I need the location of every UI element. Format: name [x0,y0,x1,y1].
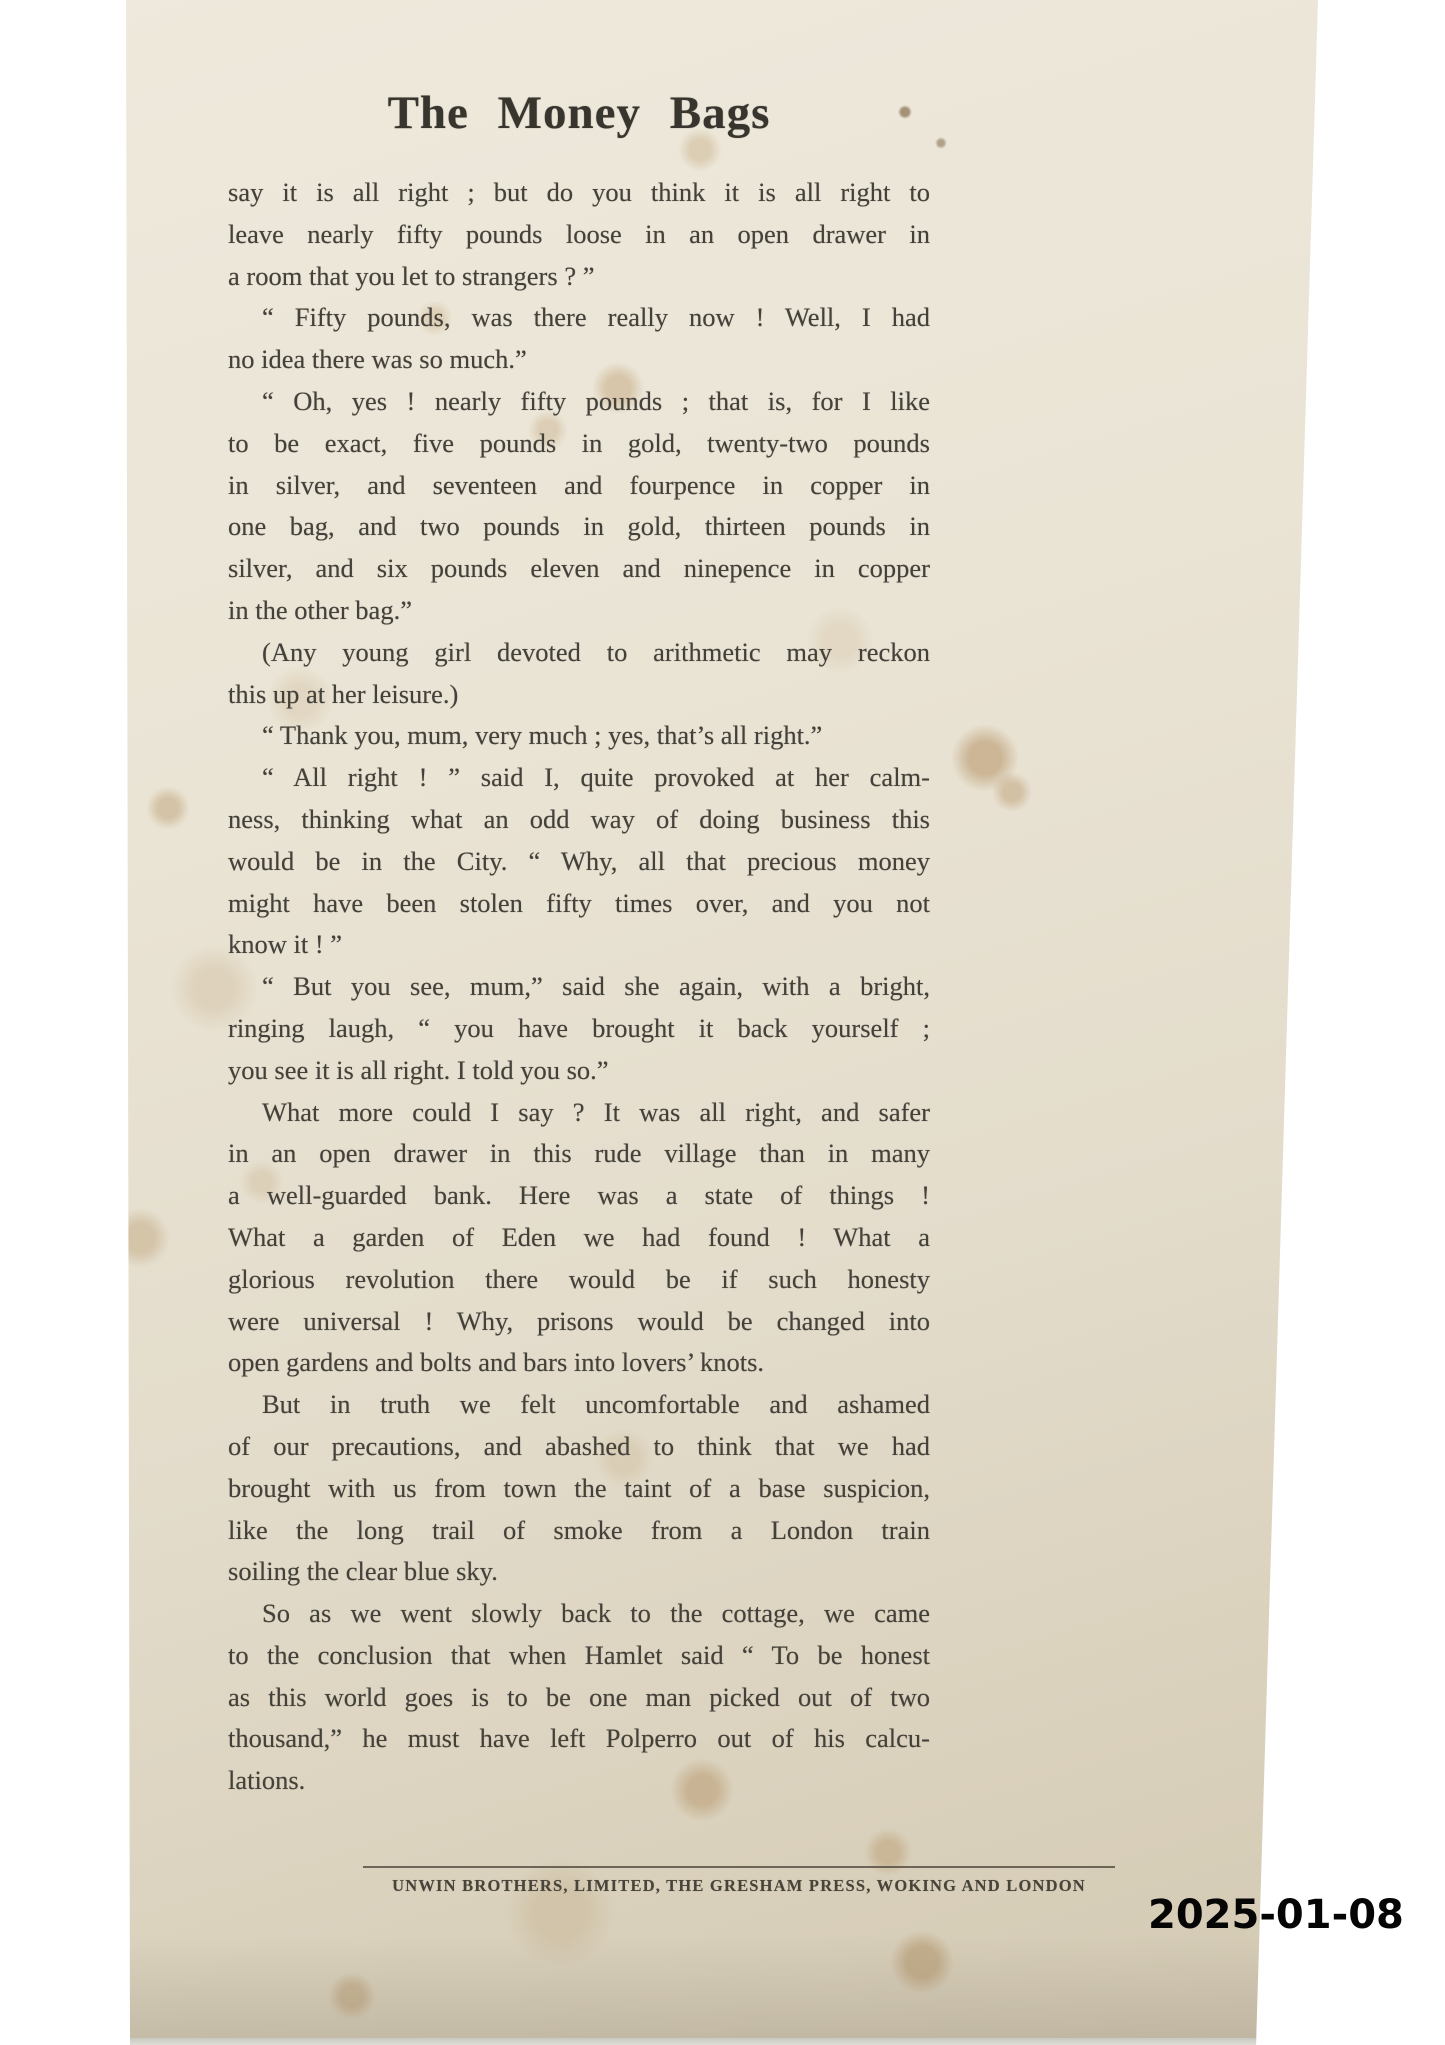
text-line: you see it is all right. I told you so.” [228,1050,930,1092]
text-line: one bag, and two pounds in gold, thirtee… [228,506,930,548]
text-line: What a garden of Eden we had found ! Wha… [228,1217,930,1259]
text-line: thousand,” he must have left Polperro ou… [228,1718,930,1760]
text-line: What more could I say ? It was all right… [228,1092,930,1134]
text-line: would be in the City. “ Why, all that pr… [228,841,930,883]
text-line: open gardens and bolts and bars into lov… [228,1342,930,1384]
page-title: The Money Bags [228,86,930,140]
text-line: this up at her leisure.) [228,674,930,716]
text-line: in an open drawer in this rude village t… [228,1133,930,1175]
text-line: “ Thank you, mum, very much ; yes, that’… [228,715,930,757]
body-lines: say it is all right ; but do you think i… [228,172,930,1802]
text-line: ringing laugh, “ you have brought it bac… [228,1008,930,1050]
paper-sheet: The Money Bags say it is all right ; but… [0,0,1445,2045]
text-line: lations. [228,1760,930,1802]
text-line: no idea there was so much.” [228,339,930,381]
text-line: to the conclusion that when Hamlet said … [228,1635,930,1677]
text-line: “ Oh, yes ! nearly fifty pounds ; that i… [228,381,930,423]
text-line: ness, thinking what an odd way of doing … [228,799,930,841]
text-line: brought with us from town the taint of a… [228,1468,930,1510]
footer-divider [363,1866,1115,1868]
text-line: like the long trail of smoke from a Lond… [228,1510,930,1552]
text-line: “ All right ! ” said I, quite provoked a… [228,757,930,799]
text-line: say it is all right ; but do you think i… [228,172,930,214]
text-line: a room that you let to strangers ? ” [228,256,930,298]
text-line: But in truth we felt uncomfortable and a… [228,1384,930,1426]
text-line: as this world goes is to be one man pick… [228,1677,930,1719]
text-line: a well-guarded bank. Here was a state of… [228,1175,930,1217]
scanned-book-page: The Money Bags say it is all right ; but… [0,0,1445,2045]
text-line: in silver, and seventeen and fourpence i… [228,465,930,507]
text-line: silver, and six pounds eleven and ninepe… [228,548,930,590]
text-line: in the other bag.” [228,590,930,632]
text-line: of our precautions, and abashed to think… [228,1426,930,1468]
printer-imprint: UNWIN BROTHERS, LIMITED, THE GRESHAM PRE… [363,1876,1115,1896]
text-line: “ Fifty pounds, was there really now ! W… [228,297,930,339]
text-line: leave nearly fifty pounds loose in an op… [228,214,930,256]
text-line: So as we went slowly back to the cottage… [228,1593,930,1635]
text-line: might have been stolen fifty times over,… [228,883,930,925]
date-stamp: 2025-01-08 [1148,1892,1404,1938]
text-line: to be exact, five pounds in gold, twenty… [228,423,930,465]
text-line: know it ! ” [228,924,930,966]
text-line: “ But you see, mum,” said she again, wit… [228,966,930,1008]
text-line: soiling the clear blue sky. [228,1551,930,1593]
text-line: (Any young girl devoted to arithmetic ma… [228,632,930,674]
text-line: glorious revolution there would be if su… [228,1259,930,1301]
text-line: were universal ! Why, prisons would be c… [228,1301,930,1343]
